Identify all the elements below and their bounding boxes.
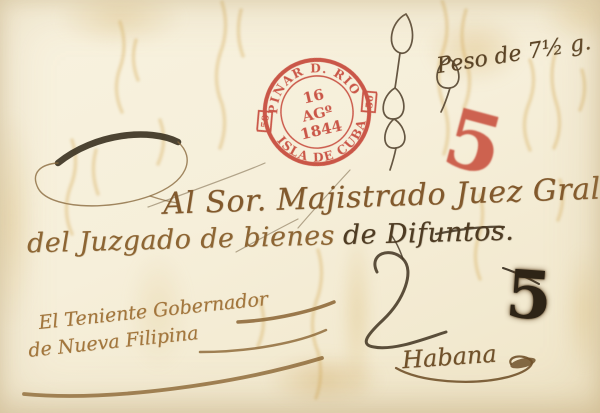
aging-stain	[55, 0, 185, 48]
postal-cover: PINAR D. RIO ISLA DE CUBA 50 50 16 AGº 1…	[0, 0, 600, 413]
destination-city: Habana	[401, 342, 497, 373]
aging-stain	[340, 225, 374, 400]
black-manuscript-rate-5: 5	[504, 260, 554, 329]
address-line-1: Al Sor. Majistrado Juez Gral.	[163, 174, 600, 220]
datestamp-right-value-box: 50	[362, 91, 377, 112]
aging-stain	[563, 245, 600, 375]
weight-docket: Peso de 7½ g.	[435, 32, 592, 78]
aging-stain	[0, 110, 37, 330]
aging-stain	[265, 352, 385, 407]
circular-datestamp: PINAR D. RIO ISLA DE CUBA 50 50 16 AGº 1…	[241, 36, 392, 187]
address-line-2-start: del Juzgado de bienes	[27, 220, 336, 259]
svg-text:50: 50	[260, 114, 272, 128]
address-line-2-end: de Difuntos.	[342, 216, 514, 251]
svg-text:50: 50	[364, 94, 376, 108]
address-line-2: del Juzgado de bienesde Difuntos.	[27, 218, 515, 258]
